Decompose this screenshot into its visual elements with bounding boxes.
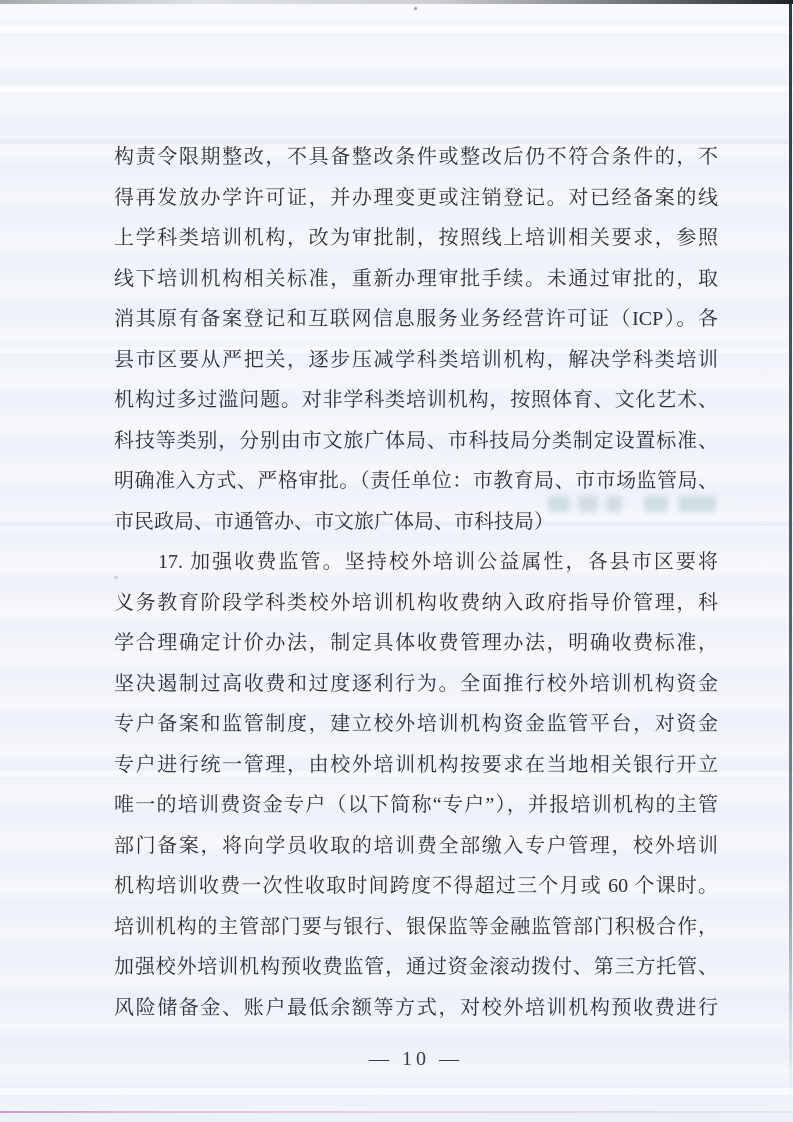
- body-text-line: 县市区要从严把关，逐步压减学科类培训机构，解决学科类培训: [114, 340, 718, 381]
- body-text-line: 线下培训机构相关标准，重新办理审批手续。未通过审批的，取: [114, 259, 718, 300]
- body-text-line: 唯一的培训费资金专户（以下简称“专户”），并报培训机构的主管: [114, 785, 718, 826]
- scan-bottom-strip: [0, 1113, 793, 1122]
- body-text-line: 得再发放办学许可证，并办理变更或注销登记。对已经备案的线: [114, 178, 718, 219]
- body-text-line: 风险储备金、账户最低余额等方式，对校外培训机构预收费进行: [114, 988, 718, 1029]
- scan-streak: [0, 26, 793, 34]
- scan-streak: [0, 1088, 793, 1095]
- body-text-line: 专户备案和监管制度，建立校外培训机构资金监管平台，对资金: [114, 704, 718, 745]
- body-text-line: 学合理确定计价办法，制定具体收费管理办法，明确收费标准，: [114, 623, 718, 664]
- body-text-line-item-17-heading: 17. 加强收费监管。坚持校外培训公益属性，各县市区要将: [114, 542, 718, 583]
- page-number: — 10 —: [114, 1048, 718, 1071]
- body-text-line: 消其原有备案登记和互联网信息服务业务经营许可证（ICP）。各: [114, 299, 718, 340]
- body-text-line: 坚决遏制过高收费和过度逐利行为。全面推行校外培训机构资金: [114, 664, 718, 705]
- body-text-line: 培训机构的主管部门要与银行、银保监等金融监管部门积极合作，: [114, 907, 718, 948]
- scan-right-edge: [789, 0, 792, 1122]
- body-text-line: 加强校外培训机构预收费监管，通过资金滚动拨付、第三方托管、: [114, 947, 718, 988]
- document-body-text: 构责令限期整改，不具备整改条件或整改后仍不符合条件的，不 得再发放办学许可证，并…: [114, 137, 718, 1028]
- body-text-line: 机构过多过滥问题。对非学科类培训机构，按照体育、文化艺术、: [114, 380, 718, 421]
- scan-streak: [0, 86, 793, 92]
- body-text-line: 部门备案，将向学员收取的培训费全部缴入专户管理，校外培训: [114, 826, 718, 867]
- scan-top-edge: [0, 0, 793, 4]
- body-text-line: 上学科类培训机构，改为审批制，按照线上培训相关要求，参照: [114, 218, 718, 259]
- scan-speck: [414, 7, 417, 10]
- body-text-line: 专户进行统一管理，由校外培训机构按要求在当地相关银行开立: [114, 745, 718, 786]
- body-text-line: 构责令限期整改，不具备整改条件或整改后仍不符合条件的，不: [114, 137, 718, 178]
- scanned-document-page: 构责令限期整改，不具备整改条件或整改后仍不符合条件的，不 得再发放办学许可证，并…: [0, 0, 793, 1122]
- body-text-line: 市民政局、市通管办、市文旅广体局、市科技局）: [114, 502, 718, 543]
- body-text-line: 科技等类别，分别由市文旅广体局、市科技局分类制定设置标准、: [114, 421, 718, 462]
- body-text-line: 机构培训收费一次性收取时间跨度不得超过三个月或 60 个课时。: [114, 866, 718, 907]
- body-text-line: 明确准入方式、严格审批。（责任单位：市教育局、市市场监管局、: [114, 461, 718, 502]
- scan-bottom-pink-line: [0, 1111, 793, 1113]
- body-text-line: 义务教育阶段学科类校外培训机构收费纳入政府指导价管理，科: [114, 583, 718, 624]
